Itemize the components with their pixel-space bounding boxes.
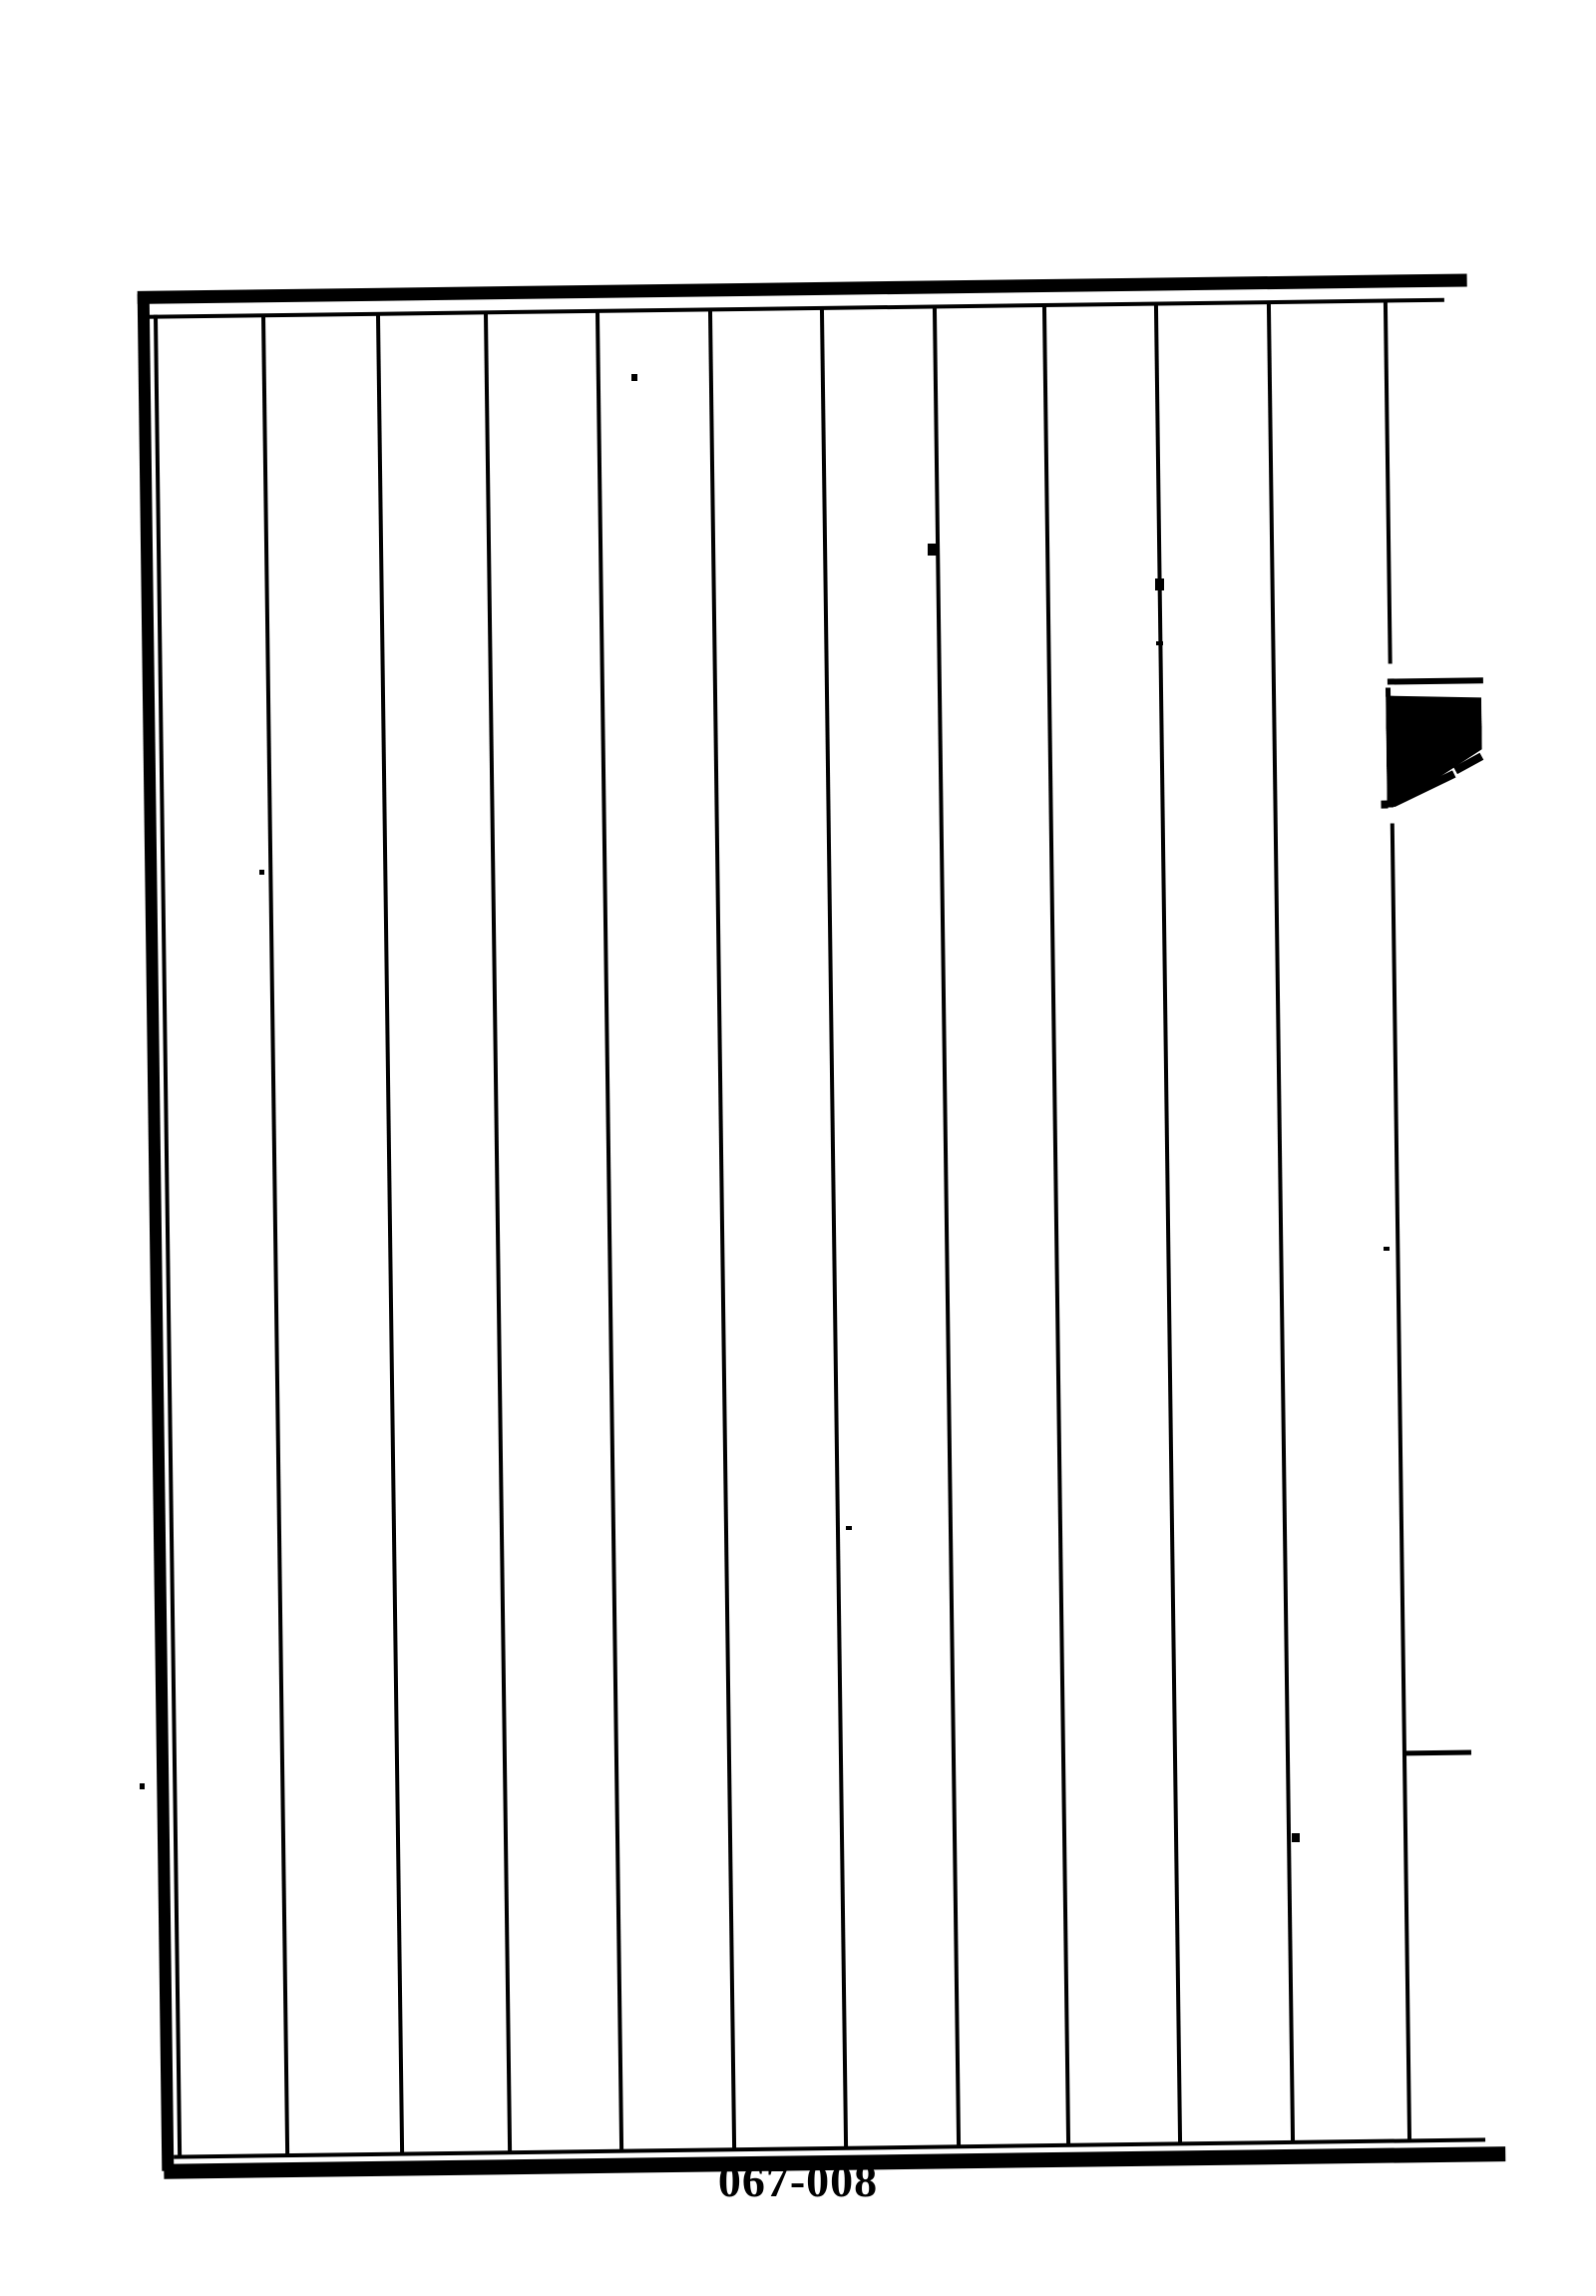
cutaway-wedge bbox=[1386, 694, 1482, 807]
right-tick-line bbox=[1405, 1750, 1471, 1756]
noise-dot bbox=[1384, 1247, 1390, 1251]
slat-line-right bbox=[1384, 300, 1393, 663]
slat-line bbox=[933, 306, 961, 2146]
slat-line bbox=[261, 315, 289, 2155]
slat-line bbox=[708, 309, 736, 2149]
slat-line bbox=[376, 314, 404, 2154]
noise-dot bbox=[140, 1783, 145, 1789]
noise-dot bbox=[631, 374, 637, 381]
cutaway-top-line bbox=[1388, 677, 1483, 684]
noise-dot bbox=[1292, 1833, 1300, 1842]
cutaway-speck bbox=[1386, 687, 1391, 696]
figure-number: 067-008 bbox=[638, 2154, 958, 2207]
noise-dot bbox=[1155, 578, 1164, 590]
slat-line bbox=[1042, 305, 1070, 2145]
scanned-page: 067-008 bbox=[0, 0, 1596, 2296]
slat-line bbox=[1267, 302, 1295, 2142]
slat-line bbox=[820, 308, 848, 2148]
cutaway-speck bbox=[1381, 801, 1388, 809]
noise-dot bbox=[259, 870, 264, 875]
noise-dot bbox=[846, 1526, 852, 1530]
noise-dot bbox=[928, 544, 937, 556]
slat-line bbox=[596, 311, 623, 2151]
noise-dot bbox=[1156, 641, 1163, 645]
slat-line-right bbox=[1391, 823, 1411, 2140]
slat-line bbox=[484, 312, 512, 2152]
slatted-panel-drawing bbox=[138, 273, 1506, 2178]
